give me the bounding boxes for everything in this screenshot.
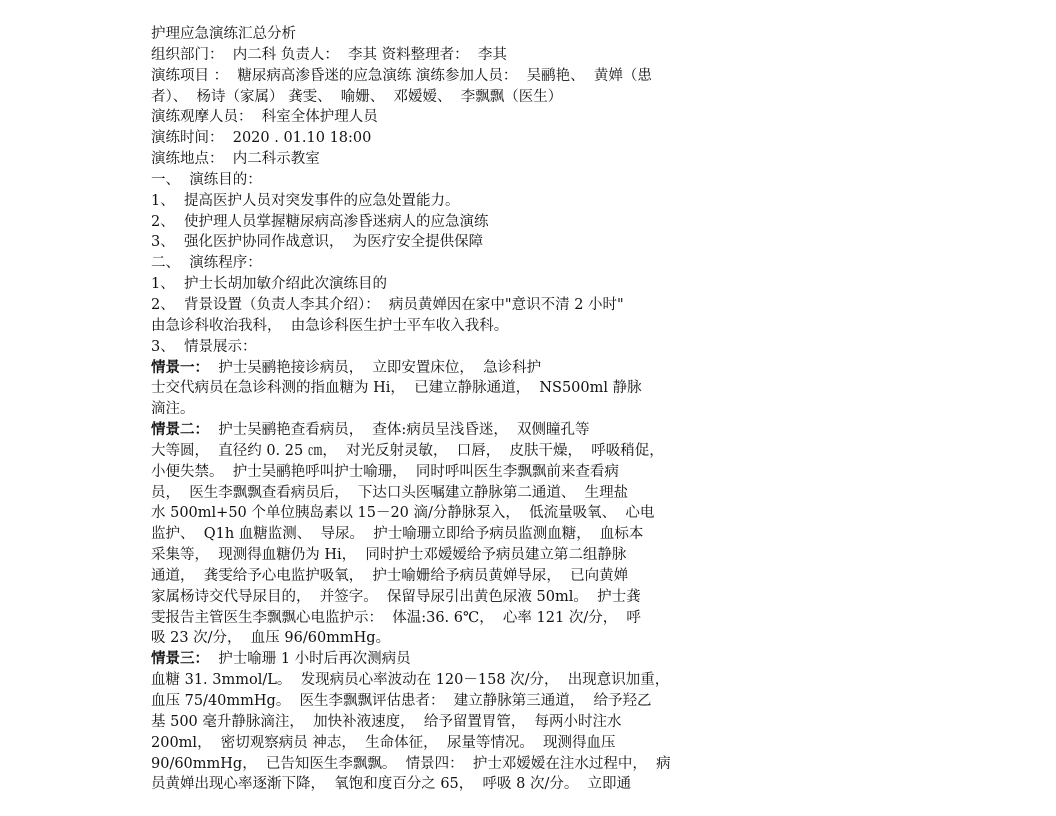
scene-2-text: 水 500ml+50 个单位胰岛素以 15－20 滴/分静脉泵入， 低流量吸氧、… xyxy=(151,503,731,524)
scene-1-line: 情景一： 护士吴鹂艳接诊病员， 立即安置床位， 急诊科护 xyxy=(151,358,731,379)
document-page: 护理应急演练汇总分析 组织部门： 内二科 负责人： 李其 资料整理者： 李其 演… xyxy=(151,24,731,795)
scene-1-text: 滴注。 xyxy=(151,399,731,420)
scene-1-text: 护士吴鹂艳接诊病员， 立即安置床位， 急诊科护 xyxy=(209,360,541,376)
scene-1-label: 情景一： xyxy=(151,359,209,376)
section-heading-procedure: 二、 演练程序： xyxy=(151,253,731,274)
scene-2-text: 雯报告主管医生李飘飘心电监护示： 体温:36. 6℃， 心率 121 次/分， … xyxy=(151,608,731,629)
scene-2-label: 情景二： xyxy=(151,421,209,438)
org-line: 组织部门： 内二科 负责人： 李其 资料整理者： 李其 xyxy=(151,45,731,66)
scene-2-text: 家属杨诗交代导尿目的， 并签字。 保留导尿引出黄色尿液 50ml。 护士龚 xyxy=(151,587,731,608)
project-line: 演练项目 ： 糖尿病高渗昏迷的应急演练 演练参加人员： 吴鹂艳、 黄婵（患 xyxy=(151,66,731,87)
procedure-item: 2、 背景设置（负责人李其介绍）： 病员黄婵因在家中"意识不清 2 小时" xyxy=(151,295,731,316)
scene-3-text: 200ml， 密切观察病员 神志， 生命体征， 尿量等情况。 现测得血压 xyxy=(151,733,731,754)
scene-2-text: 监护、 Q1h 血糖监测、 导尿。 护士喻珊立即给予病员监测血糖， 血标本 xyxy=(151,524,731,545)
scene-2-text: 护士吴鹂艳查看病员， 查体:病员呈浅昏迷， 双侧瞳孔等 xyxy=(209,422,590,438)
procedure-item: 1、 护士长胡加敏介绍此次演练目的 xyxy=(151,274,731,295)
scene-2-text: 员， 医生李飘飘查看病员后， 下达口头医嘱建立静脉第二通道、 生理盐 xyxy=(151,483,731,504)
scene-3-text: 员黄婵出现心率逐渐下降， 氧饱和度百分之 65， 呼吸 8 次/分。 立即通 xyxy=(151,774,731,795)
scene-2-text: 小便失禁。 护士吴鹂艳呼叫护士喻珊， 同时呼叫医生李飘飘前来查看病 xyxy=(151,462,731,483)
scene-2-text: 吸 23 次/分， 血压 96/60mmHg。 xyxy=(151,628,731,649)
section-heading-purpose: 一、 演练目的： xyxy=(151,170,731,191)
location-line: 演练地点： 内二科示教室 xyxy=(151,149,731,170)
scene-2-text: 通道， 龚雯给予心电监护吸氧， 护士喻姗给予病员黄婵导尿， 已向黄婵 xyxy=(151,566,731,587)
scene-2-text: 大等圆， 直径约 0. 25 ㎝， 对光反射灵敏， 口唇， 皮肤干燥， 呼吸稍促… xyxy=(151,441,731,462)
scene-3-label: 情景三： xyxy=(151,650,209,667)
scene-3-text: 血糖 31. 3mmol/L。 发现病员心率波动在 120－158 次/分， 出… xyxy=(151,670,731,691)
purpose-item: 2、 使护理人员掌握糖尿病高渗昏迷病人的应急演练 xyxy=(151,212,731,233)
scene-3-line: 情景三： 护士喻珊 1 小时后再次测病员 xyxy=(151,649,731,670)
purpose-item: 1、 提高医护人员对突发事件的应急处置能力。 xyxy=(151,191,731,212)
document-title: 护理应急演练汇总分析 xyxy=(151,24,731,45)
scene-3-text: 基 500 毫升静脉滴注， 加快补液速度， 给予留置胃管， 每两小时注水 xyxy=(151,712,731,733)
scene-2-text: 采集等， 现测得血糖仍为 Hi， 同时护士邓嫒嫒给予病员建立第二组静脉 xyxy=(151,545,731,566)
observers-line: 演练观摩人员： 科室全体护理人员 xyxy=(151,107,731,128)
purpose-item: 3、 强化医护协同作战意识， 为医疗安全提供保障 xyxy=(151,232,731,253)
scene-1-text: 士交代病员在急诊科测的指血糖为 Hi， 已建立静脉通道， NS500ml 静脉 xyxy=(151,378,731,399)
scene-3-text: 90/60mmHg， 已告知医生李飘飘。 情景四： 护士邓嫒嫒在注水过程中， 病 xyxy=(151,754,731,775)
procedure-item: 3、 情景展示： xyxy=(151,337,731,358)
time-line: 演练时间： 2020 . 01.10 18:00 xyxy=(151,128,731,149)
scene-3-text: 血压 75/40mmHg。 医生李飘飘评估患者： 建立静脉第三通道， 给予羟乙 xyxy=(151,691,731,712)
participants-line: 者）、 杨诗（家属） 龚雯、 喻姗、 邓嫒嫒、 李飘飘（医生） xyxy=(151,87,731,108)
procedure-item-continued: 由急诊科收治我科， 由急诊科医生护士平车收入我科。 xyxy=(151,316,731,337)
scene-3-text: 护士喻珊 1 小时后再次测病员 xyxy=(209,651,411,667)
scene-2-line: 情景二： 护士吴鹂艳查看病员， 查体:病员呈浅昏迷， 双侧瞳孔等 xyxy=(151,420,731,441)
